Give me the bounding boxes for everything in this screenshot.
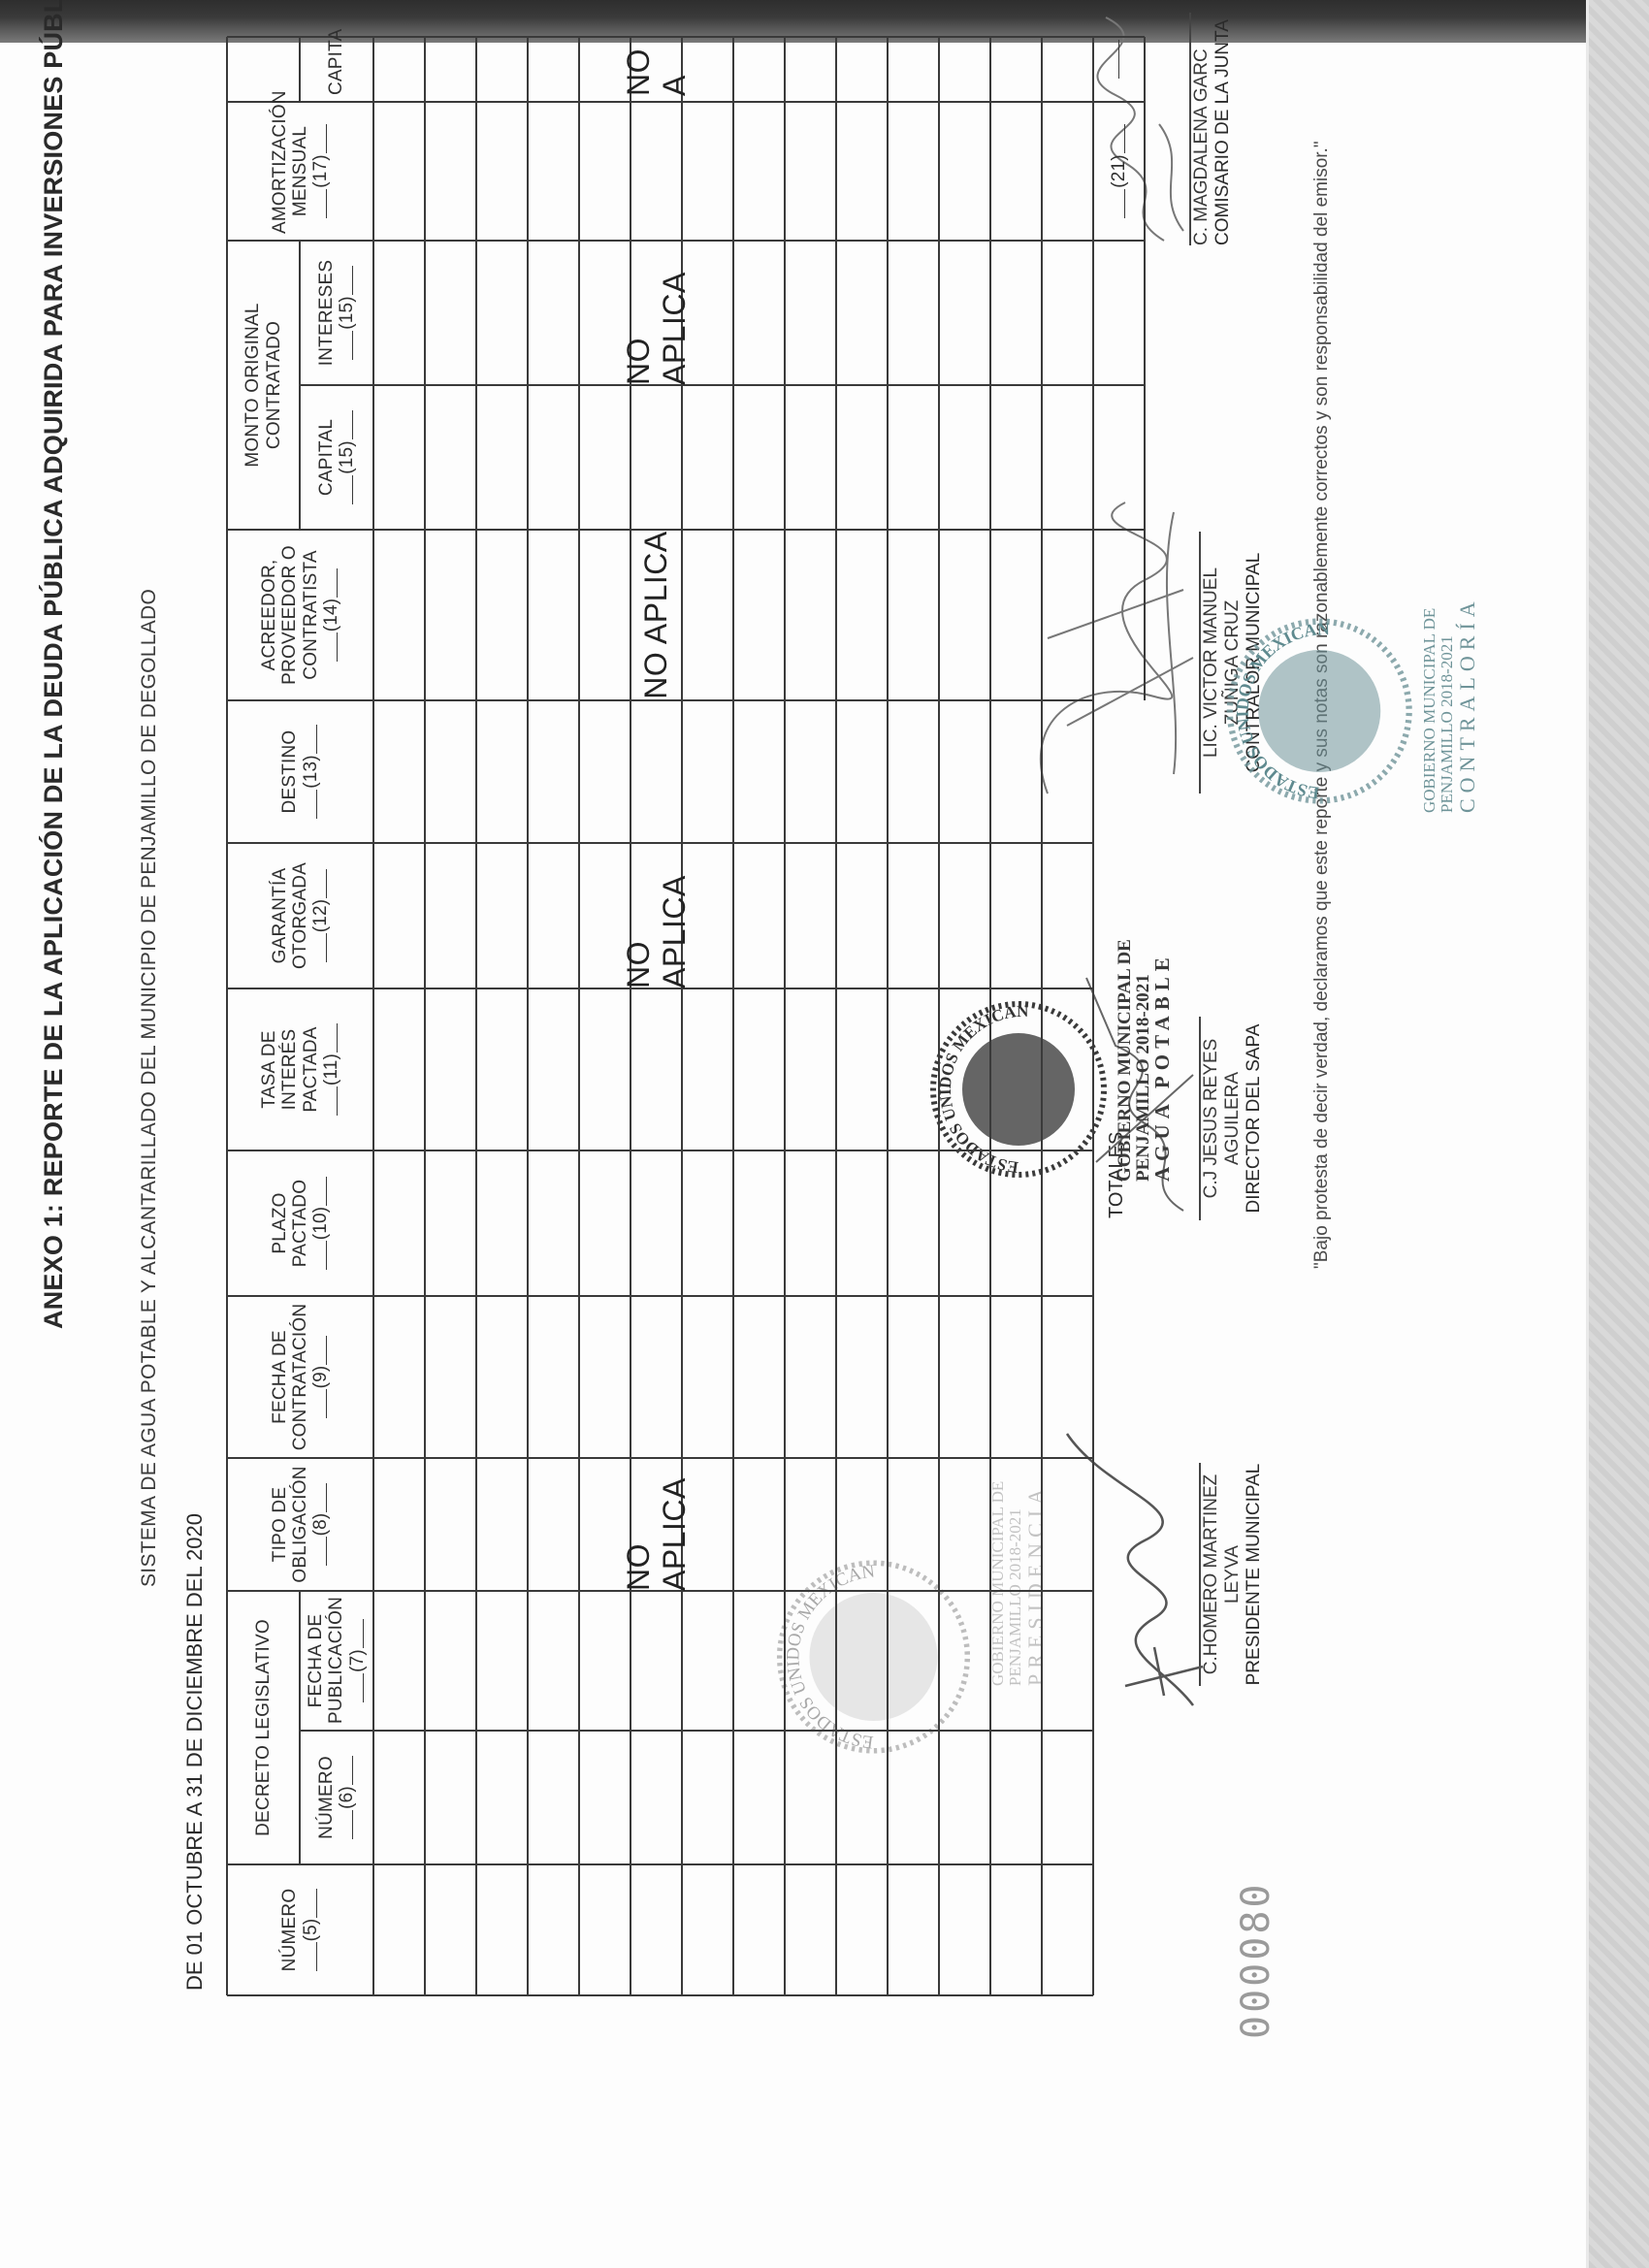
- table-rule: [784, 37, 786, 1995]
- column-code: (6): [337, 1755, 357, 1840]
- signature-director-sapa: C.J JESUS REYES AGUILERA DIRECTOR DEL SA…: [1199, 1017, 1265, 1220]
- column-code: (5): [301, 1888, 321, 1973]
- entity-name: SISTEMA DE AGUA POTABLE Y ALCANTARILLADO…: [138, 589, 161, 1587]
- total-capita-mark: [1093, 37, 1145, 102]
- seal-agua-potable: ESTADOS UNIDOS MEXICANOS: [917, 992, 1111, 1186]
- seal-agua-potable-text: GOBIERNO MUNICIPAL DE PENJAMILLO 2018-20…: [1115, 939, 1173, 1182]
- signer-role: DIRECTOR DEL SAPA: [1244, 1024, 1265, 1214]
- header-numero: NÚMERO(5): [227, 1864, 373, 1995]
- signature-comisario: C. MAGDALENA GARC COMISARIO DE LA JUNTA: [1189, 13, 1234, 245]
- cell-no-aplica: NO APLICA: [630, 1458, 682, 1591]
- signature-scrawl-presidente: [1048, 1414, 1212, 1725]
- table-rule: [1092, 37, 1094, 1995]
- header-monto-intereses: INTERESES(15): [300, 241, 373, 385]
- stamp-line: PENJAMILLO 2018-2021: [1007, 1481, 1024, 1686]
- column-code: (15): [337, 409, 357, 505]
- column-label: TIPO DE OBLIGACIÓN: [270, 1465, 311, 1584]
- table-rule: [835, 37, 837, 1995]
- header-plazo-pactado: PLAZO PACTADO(10): [227, 1150, 373, 1296]
- header-tasa-interes: TASA DE INTERÉS PACTADA(11): [227, 988, 373, 1150]
- report-period: DE 01 OCTUBRE A 31 DE DICIEMBRE DEL 2020: [182, 1513, 208, 1991]
- signer-name: C. MAGDALENA GARC: [1191, 49, 1212, 245]
- table-rule: [938, 37, 940, 1995]
- header-decreto-numero: NÚMERO(6): [300, 1731, 373, 1864]
- report-title: ANEXO 1: REPORTE DE LA APLICACIÓN DE LA …: [39, 0, 69, 1329]
- header-tipo-obligacion: TIPO DE OBLIGACIÓN(8): [227, 1458, 373, 1591]
- table-rule: [300, 1730, 1093, 1732]
- column-code: (7): [347, 1618, 368, 1703]
- column-label: ACREEDOR, PROVEEDOR O CONTRATISTA: [259, 536, 321, 694]
- table-rule: [527, 37, 529, 1995]
- column-code: (12): [310, 868, 331, 964]
- scanned-page: ANEXO 1: REPORTE DE LA APLICACIÓN DE LA …: [0, 0, 1649, 2268]
- header-capita: CAPITA: [300, 37, 373, 102]
- column-label: AMORTIZACIÓN MENSUAL: [270, 109, 311, 234]
- stamp-line: GOBIERNO MUNICIPAL DE: [989, 1481, 1007, 1686]
- table-rule: [475, 37, 477, 1995]
- column-code: (11): [321, 1022, 341, 1117]
- cell-no-aplica: NO A: [630, 37, 682, 102]
- table-rule: [424, 37, 426, 1995]
- table-rule: [300, 384, 1145, 386]
- header-acreedor: ACREEDOR, PROVEEDOR O CONTRATISTA(14): [227, 530, 373, 700]
- plastic-sleeve-edge: [1586, 0, 1649, 2268]
- column-code: (17): [310, 123, 331, 219]
- table-rule: [1041, 37, 1043, 1995]
- header-monto-capital: CAPITAL(15): [300, 385, 373, 530]
- cell-no-aplica: NO APLICA: [630, 241, 682, 385]
- column-label: NÚMERO: [279, 1889, 300, 1972]
- signer-name: C.J JESUS REYES AGUILERA: [1201, 1017, 1244, 1220]
- seal-contraloria-text: GOBIERNO MUNICIPAL DE PENJAMILLO 2018-20…: [1421, 596, 1478, 813]
- signer-name: C.HOMERO MARTINEZ LEYVA: [1201, 1463, 1244, 1686]
- cell-no-aplica: NO APLICA: [630, 530, 682, 700]
- signature-scrawl-contralor: [1009, 493, 1203, 813]
- column-label: FECHA DE PUBLICACIÓN: [306, 1598, 347, 1724]
- table-rule: [732, 37, 734, 1995]
- cell-no-aplica: NO APLICA: [630, 843, 682, 988]
- signer-role: COMISARIO DE LA JUNTA: [1212, 19, 1234, 245]
- table-rule: [578, 37, 580, 1995]
- seal-presidencia-text: GOBIERNO MUNICIPAL DE PENJAMILLO 2018-20…: [989, 1481, 1047, 1686]
- column-label: DESTINO: [279, 730, 300, 814]
- column-code: (13): [301, 724, 321, 820]
- column-label: CAPITA: [326, 44, 346, 95]
- header-decreto-fecha: FECHA DE PUBLICACIÓN(7): [300, 1591, 373, 1731]
- seal-contraloria: ESTADOS UNIDOS MEXICANOS: [1212, 609, 1416, 813]
- table-rule: [989, 37, 991, 1995]
- header-group-monto: MONTO ORIGINAL CONTRATADO: [227, 241, 300, 530]
- column-code: (15): [337, 265, 357, 361]
- signer-role: PRESIDENTE MUNICIPAL: [1244, 1464, 1265, 1686]
- column-code: (8): [310, 1482, 331, 1568]
- stamp-line: PRESIDENCIA: [1024, 1481, 1047, 1686]
- stamp-line: GOBIERNO MUNICIPAL DE: [1115, 939, 1134, 1182]
- header-group-decreto: DECRETO LEGISLATIVO: [227, 1591, 300, 1864]
- column-label: CAPITAL: [316, 419, 337, 496]
- total-amortizacion-code: (21): [1093, 102, 1145, 241]
- stamp-line: AGUA POTABLE: [1152, 939, 1173, 1182]
- column-label: TASA DE INTERÉS PACTADA: [259, 995, 321, 1144]
- signature-presidente: C.HOMERO MARTINEZ LEYVA PRESIDENTE MUNIC…: [1199, 1463, 1265, 1686]
- stamp-line: GOBIERNO MUNICIPAL DE: [1421, 596, 1439, 813]
- column-label: PLAZO PACTADO: [270, 1157, 311, 1289]
- table-rule: [887, 37, 889, 1995]
- header-destino: DESTINO(13): [227, 700, 373, 843]
- column-code: (10): [310, 1176, 331, 1272]
- stamp-line: CONTRALORÍA: [1456, 596, 1478, 813]
- column-label: FECHA DE CONTRATACIÓN: [270, 1303, 311, 1451]
- column-code: (9): [310, 1335, 331, 1420]
- column-code: (14): [321, 567, 341, 664]
- stamp-line: PENJAMILLO 2018-2021: [1439, 596, 1456, 813]
- header-garantia: GARANTÍA OTORGADA(12): [227, 843, 373, 988]
- column-label: NÚMERO: [316, 1756, 337, 1839]
- header-amortizacion: AMORTIZACIÓN MENSUAL(17): [227, 102, 373, 241]
- column-label: GARANTÍA OTORGADA: [270, 850, 311, 982]
- header-fecha-contratacion: FECHA DE CONTRATACIÓN(9): [227, 1296, 373, 1458]
- column-label: INTERESES: [316, 260, 337, 367]
- folio-number: 000080: [1234, 1882, 1278, 2040]
